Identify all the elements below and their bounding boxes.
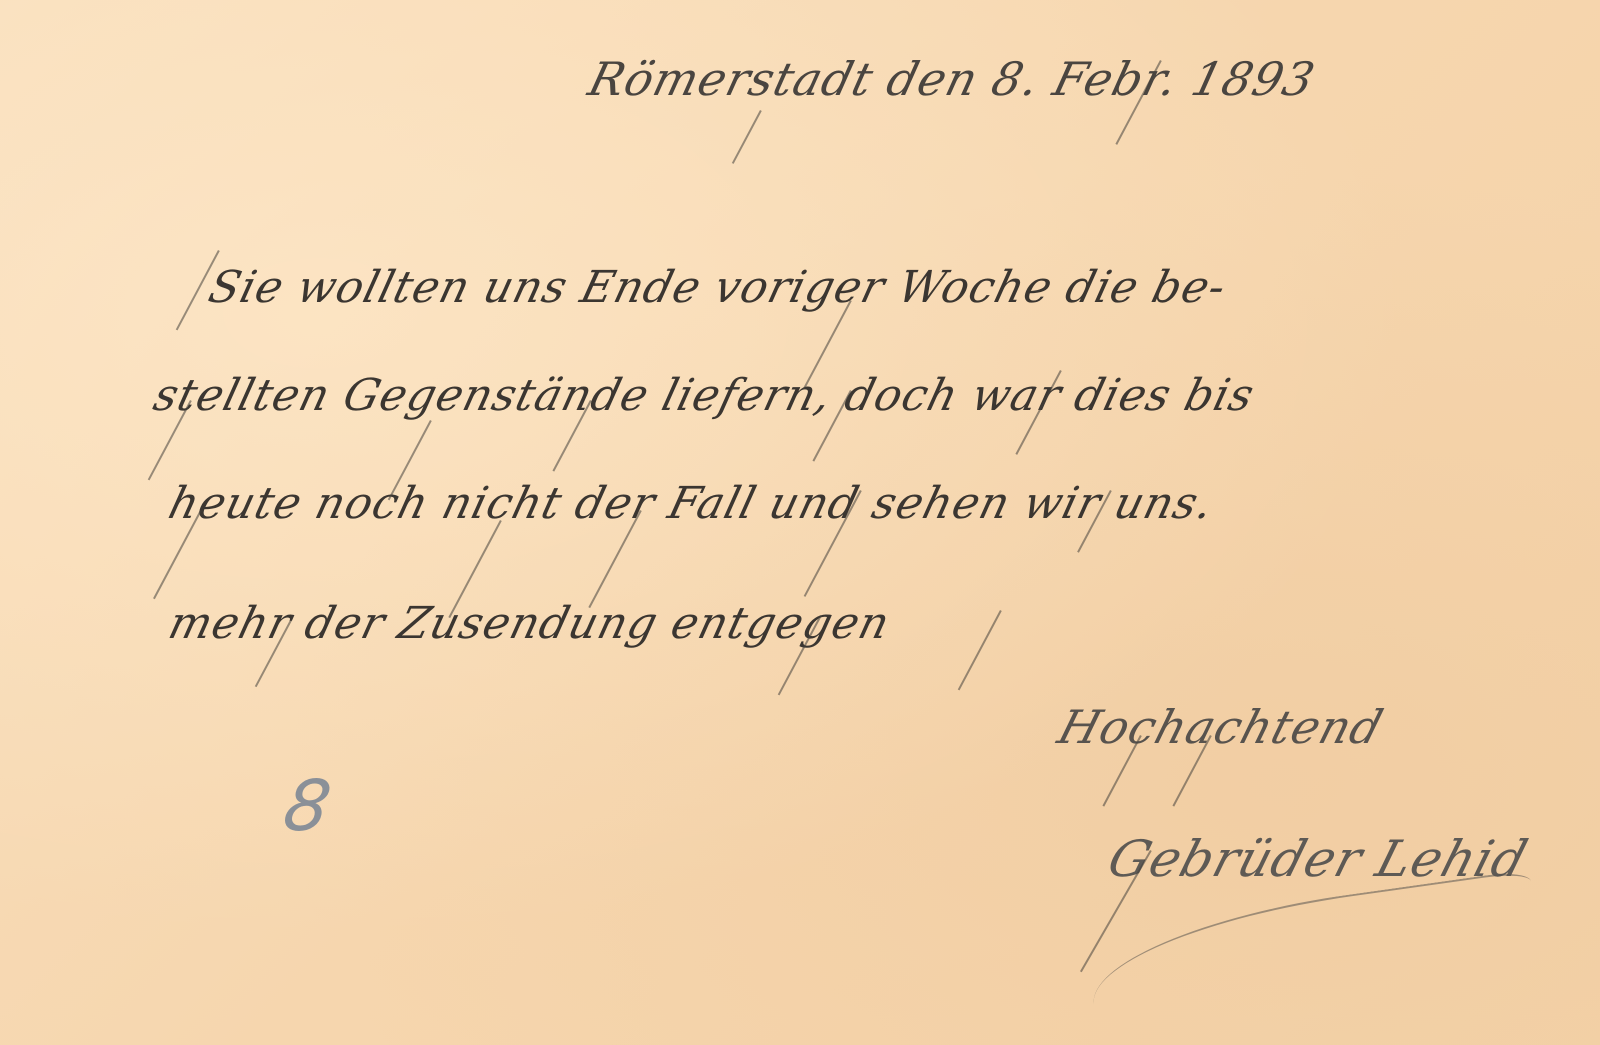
descender-stroke bbox=[958, 610, 1002, 690]
body-line-3: heute noch nicht der Fall und sehen wir … bbox=[164, 478, 1219, 529]
descender-stroke bbox=[732, 110, 762, 164]
signature-flourish bbox=[1084, 869, 1547, 1045]
closing-salutation: Hochachtend bbox=[1052, 700, 1389, 754]
postcard: Römerstadt den 8. Febr. 1893 Sie wollten… bbox=[0, 0, 1600, 1045]
place-date-header: Römerstadt den 8. Febr. 1893 bbox=[583, 52, 1320, 106]
body-line-2: stellten Gegenstände liefern, doch war d… bbox=[149, 370, 1260, 421]
archive-number-mark: 8 bbox=[278, 765, 338, 847]
body-line-4: mehr der Zusendung entgegen bbox=[164, 598, 896, 649]
body-line-1: Sie wollten uns Ende voriger Woche die b… bbox=[204, 262, 1232, 313]
